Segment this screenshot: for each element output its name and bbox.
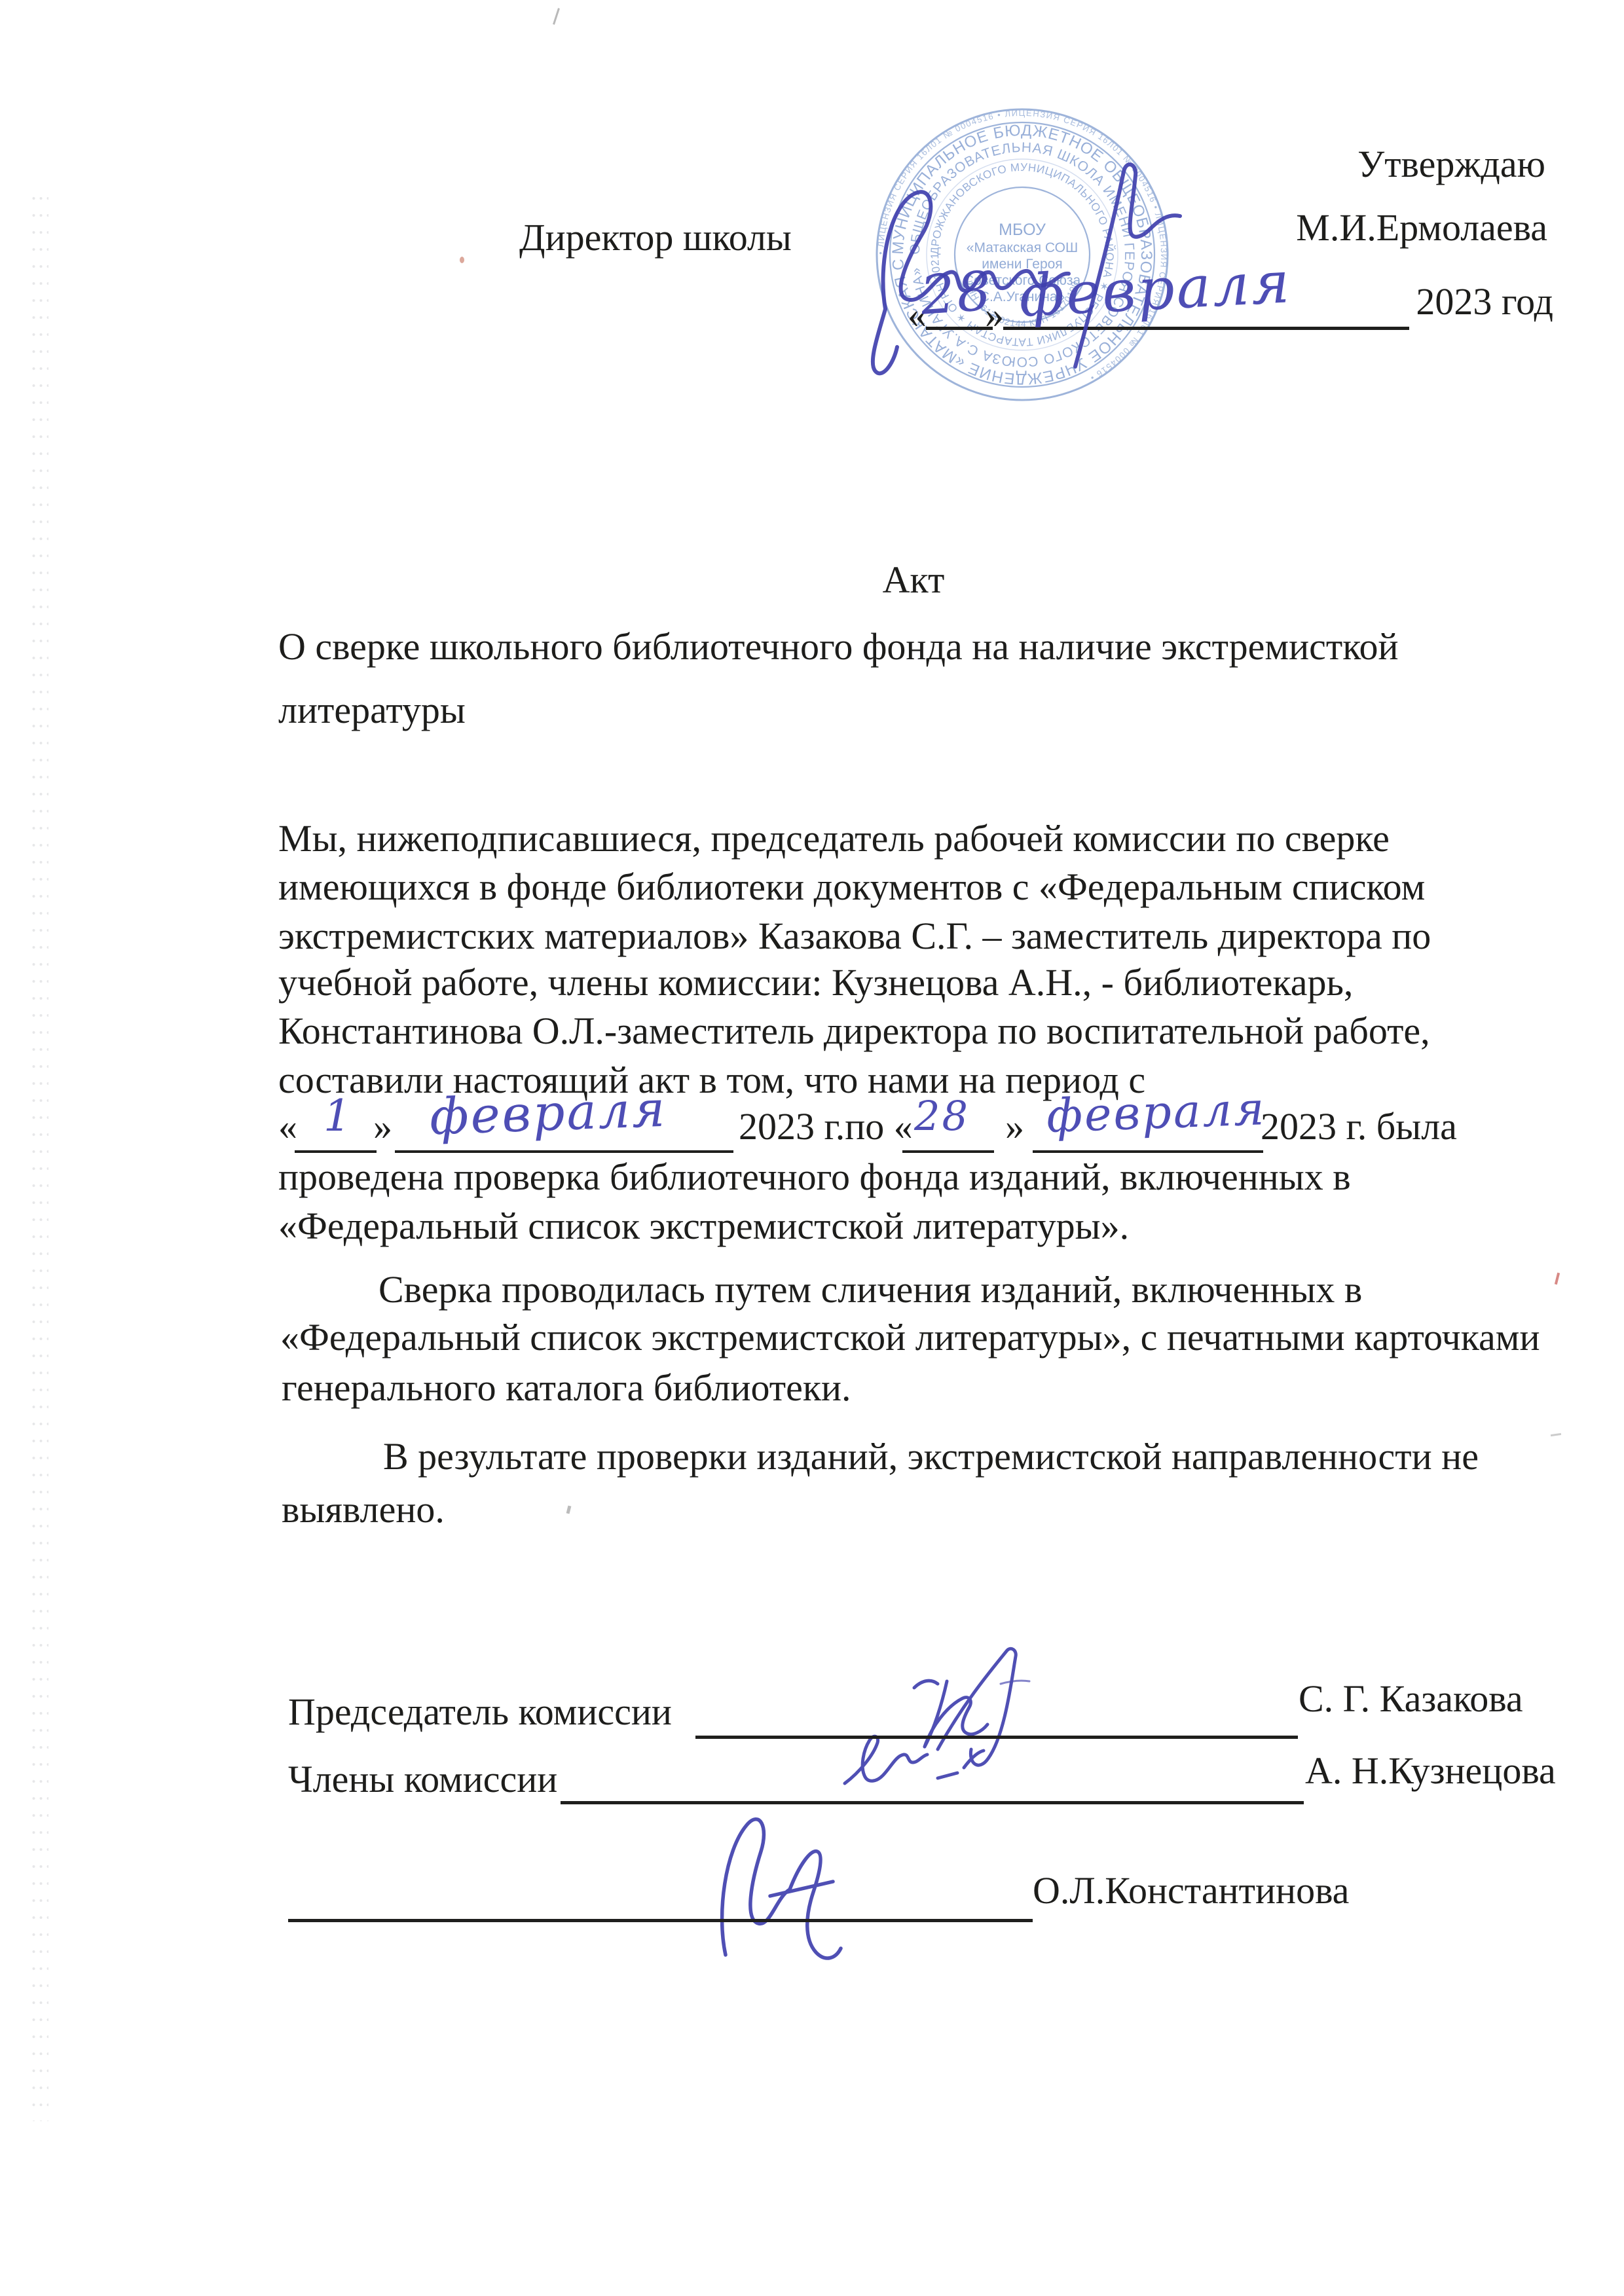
kazakova-signature xyxy=(914,1649,1029,1765)
member1-name: А. Н.Кузнецова xyxy=(1305,1752,1556,1790)
date-middle-text: 2023 г.по « xyxy=(739,1108,913,1146)
member2-name: О.Л.Константинова xyxy=(1033,1872,1349,1910)
body-line: составили настоящий акт в том, что нами … xyxy=(278,1061,1145,1099)
document-title: Акт xyxy=(278,561,1549,599)
date-blank-line-1 xyxy=(295,1150,377,1153)
handwritten-day-2: 28 xyxy=(914,1096,970,1137)
handwritten-day-1: 1 xyxy=(323,1095,353,1138)
date-tail-text: 2023 г. была xyxy=(1261,1108,1457,1146)
date-blank-line-2 xyxy=(395,1150,733,1153)
kuznetsova-signature xyxy=(845,1736,984,1783)
body-line: В результате проверки изданий, экстремис… xyxy=(383,1438,1479,1476)
body-line: Мы, нижеподписавшиеся, председатель рабо… xyxy=(278,820,1390,858)
body-line: экстремистских материалов» Казакова С.Г.… xyxy=(278,917,1431,955)
members-label: Члены комиссии xyxy=(288,1760,557,1798)
date-blank-line-3 xyxy=(902,1150,994,1153)
director-signature xyxy=(873,164,1180,373)
chairman-signature-line xyxy=(695,1736,1298,1739)
body-line: Сверка проводилась путем сличения издани… xyxy=(378,1271,1362,1309)
date-blank-line-4 xyxy=(1033,1150,1263,1153)
member1-signature-line xyxy=(561,1801,1304,1804)
chairman-name: С. Г. Казакова xyxy=(1299,1680,1523,1718)
date-open-quote-1: « xyxy=(278,1108,297,1146)
body-line: имеющихся в фонде библиотеки документов … xyxy=(278,868,1425,906)
chairman-label: Председатель комиссии xyxy=(288,1693,672,1731)
body-line: Константинова О.Л.-заместитель директора… xyxy=(278,1012,1430,1050)
body-line: учебной работе, члены комиссии: Кузнецов… xyxy=(278,964,1353,1002)
konstantinova-signature xyxy=(722,1819,841,1958)
body-line: «Федеральный список экстремистской литер… xyxy=(278,1207,1129,1245)
date-close-quote-1: » xyxy=(373,1108,392,1146)
document-subtitle-line-1: О сверке школьного библиотечного фонда н… xyxy=(278,628,1399,666)
member2-signature-line xyxy=(288,1919,1033,1922)
handwritten-month-2: февраля xyxy=(1046,1085,1267,1139)
body-line: генерального каталога библиотеки. xyxy=(282,1369,851,1407)
document-page: • ЛИЦЕНЗИЯ СЕРИЯ 16Л01 № 0004516 • ЛИЦЕН… xyxy=(0,0,1624,2296)
handwritten-month-1: февраля xyxy=(429,1084,668,1142)
body-line: выявлено. xyxy=(282,1491,445,1529)
document-subtitle-line-2: литературы xyxy=(278,691,466,729)
body-line: «Федеральный список экстремистской литер… xyxy=(280,1319,1540,1357)
date-close-quote-2: » xyxy=(1005,1108,1024,1146)
signatures-overlay xyxy=(0,0,1624,2296)
body-line: проведена проверка библиотечного фонда и… xyxy=(278,1158,1351,1196)
